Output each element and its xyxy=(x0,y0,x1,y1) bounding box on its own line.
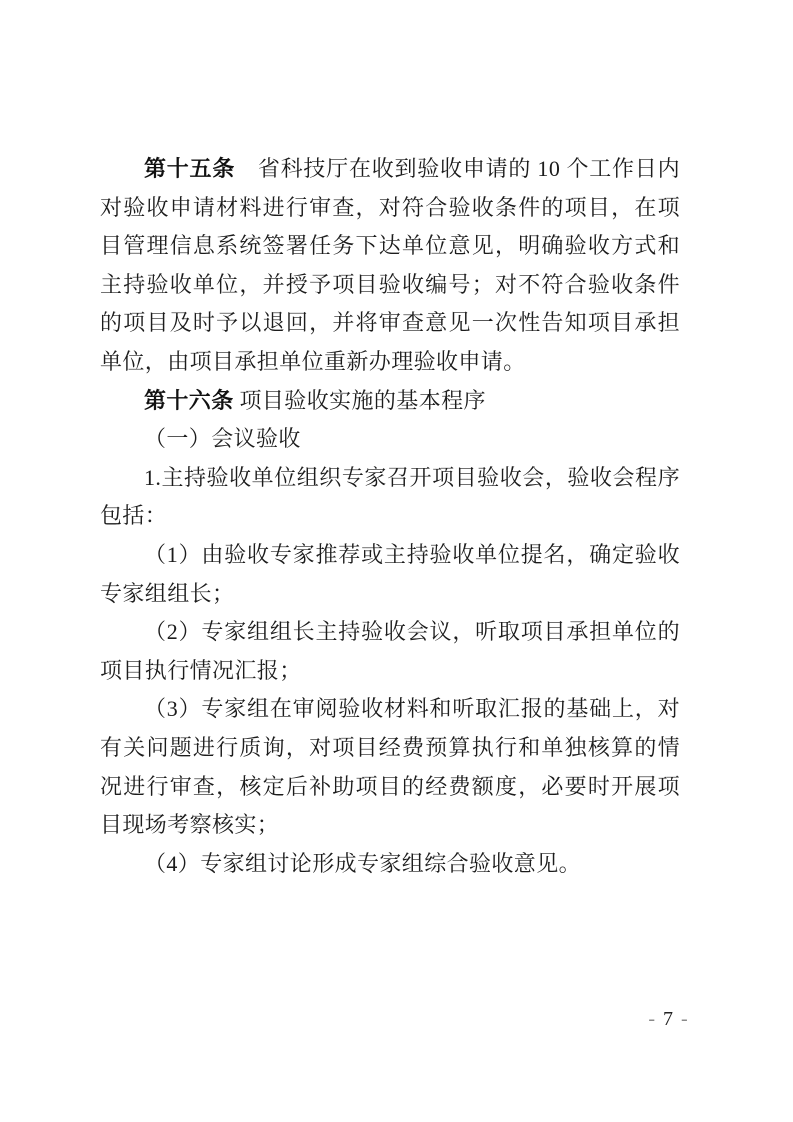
paragraph: （4）专家组讨论形成专家组综合验收意见。 xyxy=(100,845,680,884)
paragraph: （1）由验收专家推荐或主持验收单位提名，确定验收专家组组长； xyxy=(100,536,680,613)
paragraph: （一）会议验收 xyxy=(100,420,680,459)
paragraph-text: 1.主持验收单位组织专家召开项目验收会，验收会程序包括： xyxy=(100,465,680,529)
page-footer: -7- xyxy=(618,1004,718,1034)
paragraph: 1.主持验收单位组织专家召开项目验收会，验收会程序包括： xyxy=(100,459,680,536)
document-page: 第十五条 省科技厅在收到验收申请的 10 个工作日内对验收申请材料进行审查，对符… xyxy=(0,0,793,1122)
page-number-dash-right: - xyxy=(681,1008,688,1030)
paragraph-text: 省科技厅在收到验收申请的 10 个工作日内对验收申请材料进行审查，对符合验收条件… xyxy=(100,156,680,374)
page-number: 7 xyxy=(663,1008,673,1030)
paragraph: （3）专家组在审阅验收材料和听取汇报的基础上，对有关问题进行质询，对项目经费预算… xyxy=(100,690,680,844)
paragraph: （2）专家组组长主持验收会议，听取项目承担单位的项目执行情况汇报； xyxy=(100,613,680,690)
paragraph: 第十五条 省科技厅在收到验收申请的 10 个工作日内对验收申请材料进行审查，对符… xyxy=(100,150,680,382)
paragraph-text: （4）专家组讨论形成专家组综合验收意见。 xyxy=(144,851,581,876)
paragraph-text: （一）会议验收 xyxy=(144,426,301,451)
paragraph-text: （2）专家组组长主持验收会议，听取项目承担单位的项目执行情况汇报； xyxy=(100,619,680,683)
article-heading: 第十六条 xyxy=(144,388,234,413)
document-body: 第十五条 省科技厅在收到验收申请的 10 个工作日内对验收申请材料进行审查，对符… xyxy=(100,150,680,883)
paragraph: 第十六条 项目验收实施的基本程序 xyxy=(100,382,680,421)
page-number-dash-left: - xyxy=(648,1008,655,1030)
article-heading: 第十五条 xyxy=(144,156,235,181)
paragraph-text: （3）专家组在审阅验收材料和听取汇报的基础上，对有关问题进行质询，对项目经费预算… xyxy=(100,696,680,837)
paragraph-text: 项目验收实施的基本程序 xyxy=(234,388,486,413)
paragraph-text: （1）由验收专家推荐或主持验收单位提名，确定验收专家组组长； xyxy=(100,542,680,606)
